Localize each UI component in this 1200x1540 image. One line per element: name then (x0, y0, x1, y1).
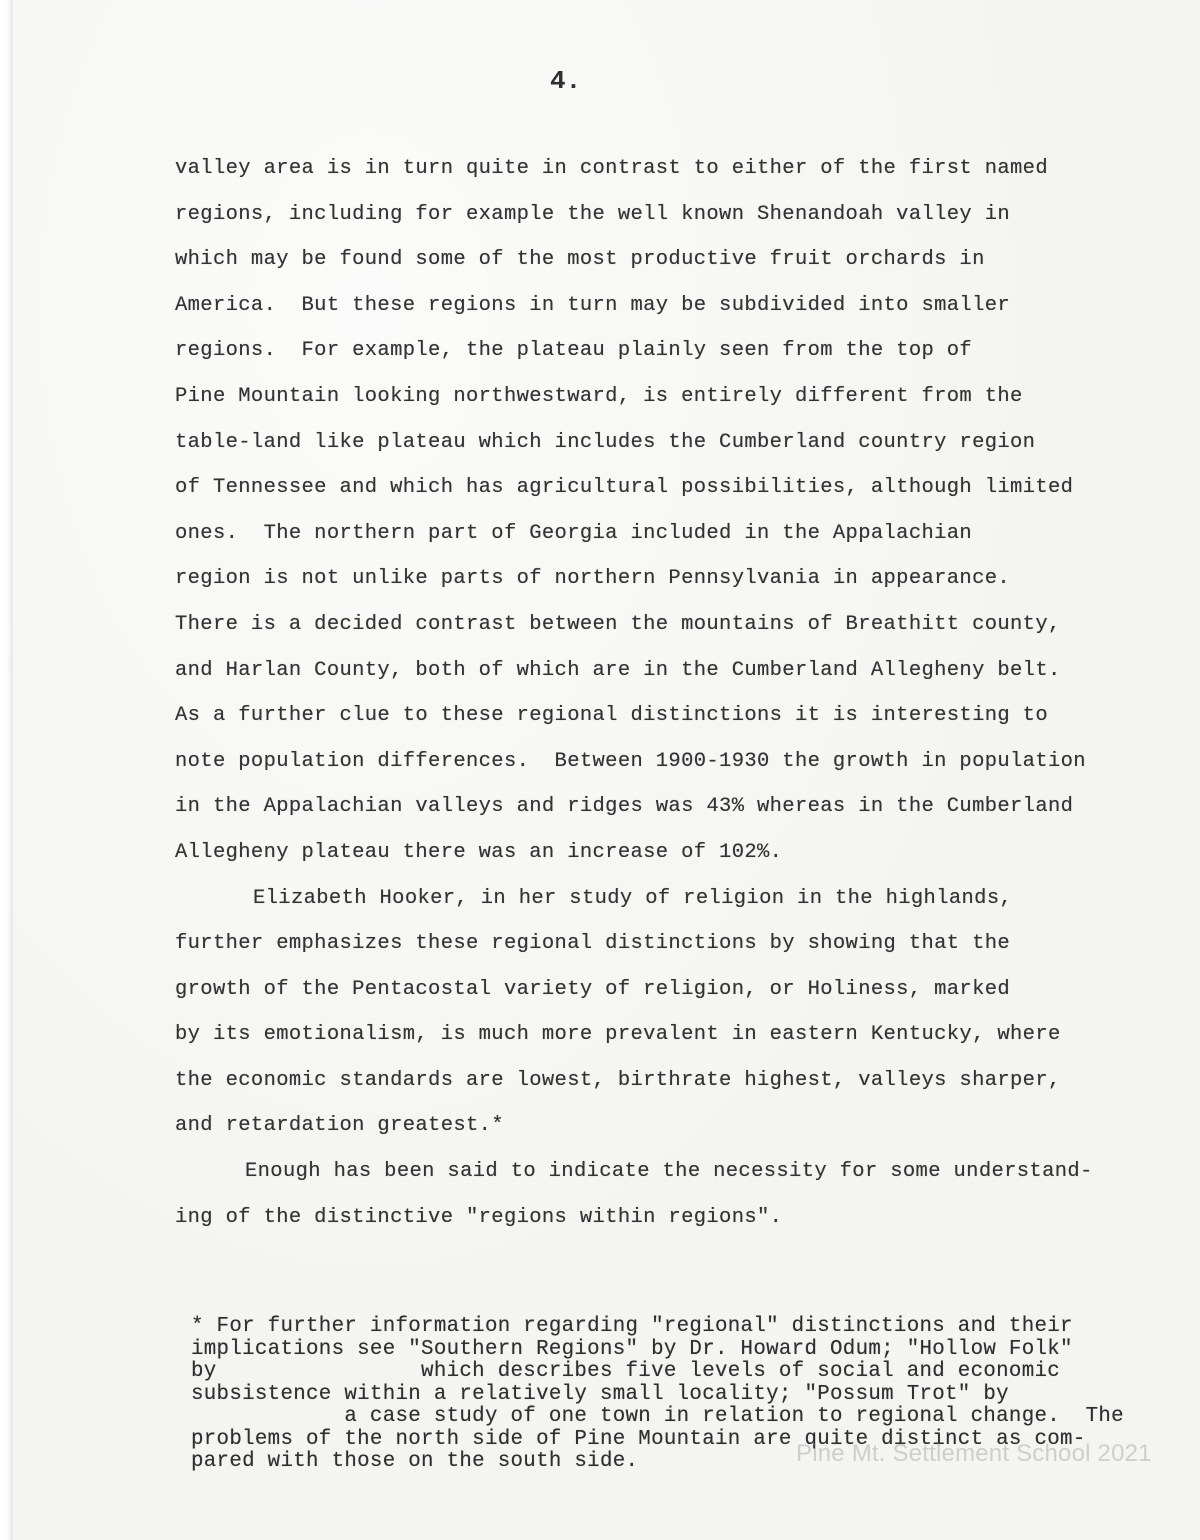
text-line: valley area is in turn quite in contrast… (175, 146, 1200, 192)
text-line: region is not unlike parts of northern P… (175, 556, 1200, 602)
text-line: and retardation greatest.* (175, 1103, 1200, 1149)
text-line: table-land like plateau which includes t… (175, 420, 1200, 466)
text-line: America. But these regions in turn may b… (175, 283, 1200, 329)
paragraph-hooker-study: Elizabeth Hooker, in her study of religi… (175, 876, 1200, 1150)
text-line: which may be found some of the most prod… (175, 237, 1200, 283)
footnote-line: a case study of one town in relation to … (191, 1406, 1200, 1429)
text-line: regions, including for example the well … (175, 192, 1200, 238)
text-line: of Tennessee and which has agricultural … (175, 465, 1200, 511)
text-line: regions. For example, the plateau plainl… (175, 328, 1200, 374)
text-line: Elizabeth Hooker, in her study of religi… (175, 876, 1200, 922)
paragraph-conclusion: Enough has been said to indicate the nec… (175, 1149, 1200, 1240)
text-line: ing of the distinctive "regions within r… (175, 1195, 1200, 1241)
watermark: Pine Mt. Settlement School 2021 (796, 1440, 1152, 1468)
text-line: in the Appalachian valleys and ridges wa… (175, 784, 1200, 830)
document-body: valley area is in turn quite in contrast… (175, 146, 1200, 1240)
footnote-line: by which describes five levels of social… (191, 1361, 1200, 1384)
footnote-line: * For further information regarding "reg… (191, 1316, 1200, 1339)
text-line: There is a decided contrast between the … (175, 602, 1200, 648)
scan-page-edge (0, 0, 13, 1540)
text-line: As a further clue to these regional dist… (175, 693, 1200, 739)
page-number: 4. (550, 66, 581, 96)
text-line: Enough has been said to indicate the nec… (175, 1149, 1200, 1195)
text-line: and Harlan County, both of which are in … (175, 648, 1200, 694)
footnote-line: implications see "Southern Regions" by D… (191, 1339, 1200, 1362)
text-line: Allegheny plateau there was an increase … (175, 830, 1200, 876)
text-line: growth of the Pentacostal variety of rel… (175, 967, 1200, 1013)
text-line: the economic standards are lowest, birth… (175, 1058, 1200, 1104)
text-line: by its emotionalism, is much more preval… (175, 1012, 1200, 1058)
text-line: further emphasizes these regional distin… (175, 921, 1200, 967)
footnote-line: subsistence within a relatively small lo… (191, 1384, 1200, 1407)
text-line: note population differences. Between 190… (175, 739, 1200, 785)
text-line: ones. The northern part of Georgia inclu… (175, 511, 1200, 557)
document-page: 4. valley area is in turn quite in contr… (13, 0, 1200, 1540)
text-line: Pine Mountain looking northwestward, is … (175, 374, 1200, 420)
paragraph-regional-contrast: valley area is in turn quite in contrast… (175, 146, 1200, 876)
